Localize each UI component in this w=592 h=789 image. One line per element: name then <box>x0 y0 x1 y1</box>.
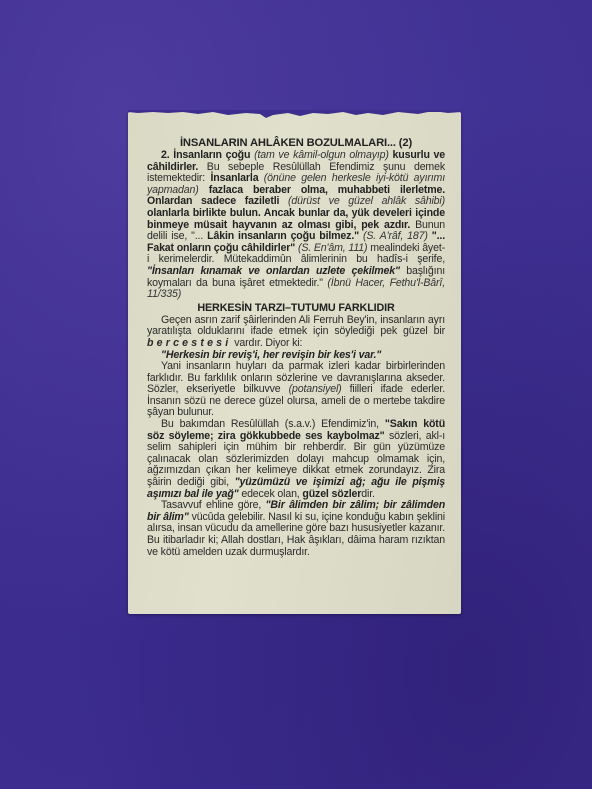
paragraph: Yani insanların huyları da parmak izleri… <box>147 361 445 419</box>
text: dir. <box>361 488 375 500</box>
text-bold: İnsanlarla <box>210 172 258 184</box>
citation: (S. En'âm, 111) <box>298 242 367 254</box>
text: edecek olan, <box>241 488 299 500</box>
text-bold: olanlarla birlikte bulun. Ancak bunlar d… <box>147 207 445 231</box>
text-spaced: bercestesi <box>147 337 231 349</box>
text-italic: (potansiyel) <box>289 383 342 395</box>
text-bold: 2. İnsanların çoğu <box>161 149 250 161</box>
calendar-leaf-paper: İNSANLARIN AHLÂKEN BOZULMALARI... (2) 2.… <box>128 112 461 614</box>
text-bold: Lâkin insanların çoğu bilmez." <box>207 230 359 242</box>
text-bold-italic: "İnsanları kınamak ve onlardan uzlete çe… <box>147 265 400 277</box>
paragraph: Tasavvuf ehline göre, "Bir âlimden bir z… <box>147 500 445 558</box>
paragraph: Geçen asrın zarif şâirlerinden Ali Ferru… <box>147 315 445 350</box>
text-bold-italic: "Herkesin bir reviş'i, her revişin bir k… <box>161 349 381 361</box>
text: Geçen asrın zarif şâirlerinden Ali Ferru… <box>147 314 445 338</box>
page-content: İNSANLARIN AHLÂKEN BOZULMALARI... (2) 2.… <box>147 137 445 558</box>
text-italic: (dürüst ve güzel ahlâk sâhibi) <box>288 195 445 207</box>
text: vücûda gelebilir. Nasıl ki su, içine kon… <box>147 511 445 558</box>
text-italic: (tam ve kâmil-olgun olmayıp) <box>254 149 389 161</box>
text: Tasavvuf ehline göre, <box>161 499 261 511</box>
text: vardır. Diyor ki: <box>234 337 302 349</box>
paragraph: Bu bakımdan Resûlüllah (s.a.v.) Efendimi… <box>147 419 445 500</box>
text: Bu bakımdan Resûlüllah (s.a.v.) Efendimi… <box>161 418 379 430</box>
page-title: İNSANLARIN AHLÂKEN BOZULMALARI... (2) <box>147 137 445 149</box>
text-bold: güzel sözler <box>302 488 361 500</box>
torn-edge <box>128 110 461 118</box>
paragraph: 2. İnsanların çoğu (tam ve kâmil-olgun o… <box>147 150 445 301</box>
citation: (S. A'râf, 187) <box>363 230 428 242</box>
section-heading: HERKESİN TARZI–TUTUMU FARKLIDIR <box>147 302 445 314</box>
